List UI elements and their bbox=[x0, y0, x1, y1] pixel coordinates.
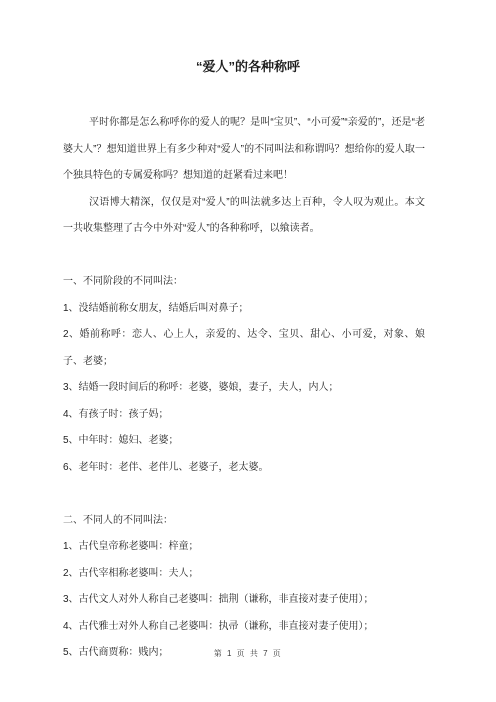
list-item: 3、古代文人对外人称自己老婆叫：拙荆（谦称，非直接对妻子使用）； bbox=[63, 587, 425, 614]
list-item: 6、老年时：老伴、老伴儿、老婆子，老太婆。 bbox=[63, 455, 425, 482]
list-item: 3、结婚一段时间后的称呼：老婆，婆娘，妻子，夫人，内人； bbox=[63, 375, 425, 402]
document-body: 平时你都是怎么称呼你的爱人的呢？是叫“宝贝”、“小可爱”“亲爱的”，还是“老婆大… bbox=[0, 77, 496, 667]
list-item: 1、没结婚前称女朋友，结婚后叫对鼻子； bbox=[63, 296, 425, 323]
list-item: 5、中年时：媳妇、老婆； bbox=[63, 428, 425, 455]
section-1-heading: 一、不同阶段的不同叫法： bbox=[63, 269, 425, 296]
list-item: 4、有孩子时：孩子妈； bbox=[63, 402, 425, 429]
section-2-heading: 二、不同人的不同叫法： bbox=[63, 508, 425, 535]
document-title: “爱人”的各种称呼 bbox=[0, 0, 496, 77]
intro-paragraph-1: 平时你都是怎么称呼你的爱人的呢？是叫“宝贝”、“小可爱”“亲爱的”，还是“老婆大… bbox=[63, 110, 425, 190]
list-item: 2、婚前称呼：恋人、心上人，亲爱的、达令、宝贝、甜心、小可爱，对象、娘子、老婆； bbox=[63, 322, 425, 375]
list-item: 2、古代宰相称老婆叫：夫人； bbox=[63, 561, 425, 588]
document-page: “爱人”的各种称呼 平时你都是怎么称呼你的爱人的呢？是叫“宝贝”、“小可爱”“亲… bbox=[0, 0, 496, 702]
list-item: 4、古代雅士对外人称自己老婆叫：执帚（谦称，非直接对妻子使用）； bbox=[63, 614, 425, 641]
intro-paragraph-2: 汉语博大精深，仅仅是对“爱人”的叫法就多达上百种，令人叹为观止。本文一共收集整理… bbox=[63, 190, 425, 243]
list-item: 1、古代皇帝称老婆叫：梓童； bbox=[63, 534, 425, 561]
page-footer: 第 1 页 共 7 页 bbox=[0, 648, 496, 659]
